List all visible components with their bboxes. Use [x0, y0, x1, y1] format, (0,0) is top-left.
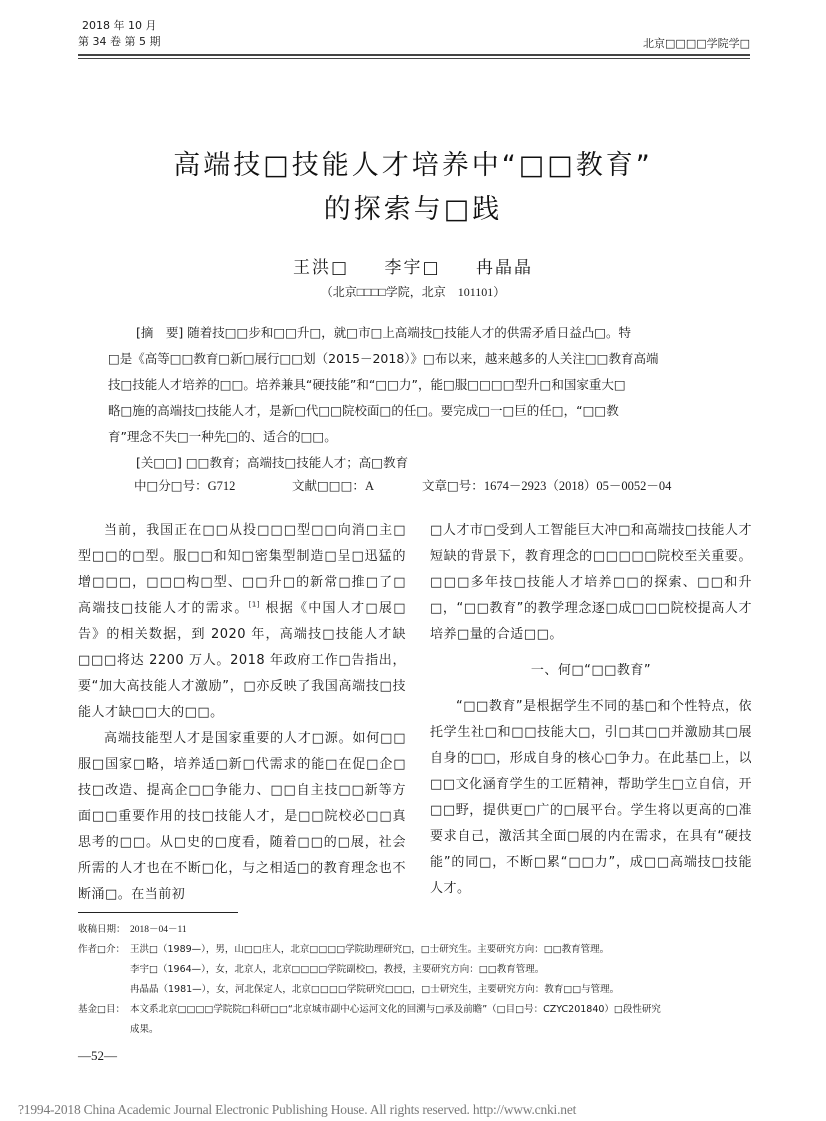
title-line-1: 高端技□技能人才培养中“□□教育” [0, 144, 826, 188]
header-rule-thick [78, 54, 750, 56]
body-paragraph: 当前，我国正在□□从投□□□型□□向消□主□型□□的□型。服□□和知□密集型制造… [78, 518, 406, 726]
classification-line: 中□分□号：G712文献□□□：A文章□号：1674－2923（2018）05－… [134, 476, 734, 496]
affiliation: （北京□□□□学院，北京 101101） [0, 283, 826, 300]
volume-issue: 第 34 卷 第 5 期 [78, 34, 160, 50]
keywords-value: □□教育；高端技□技能人才；高□教育 [182, 455, 408, 470]
document-code: 文献□□□：A [292, 476, 422, 496]
article-title: 高端技□技能人才培养中“□□教育” 的探索与□践 [0, 144, 826, 232]
copyright-notice: ?1994-2018 China Academic Journal Electr… [18, 1102, 576, 1118]
abstract-label: [摘 要] [136, 325, 183, 340]
keywords-label: [关□□] [136, 455, 182, 470]
received-date: 收稿日期：2018－04－11 [78, 920, 758, 940]
citation-ref[interactable]: [1] [249, 601, 260, 609]
author-bio: 冉晶晶（1981—），女，河北保定人，北京□□□□学院研究□□□，□士研究生，主… [78, 980, 758, 1000]
article-id: 文章□号：1674－2923（2018）05－0052－04 [422, 476, 671, 496]
footnote-rule [78, 912, 238, 913]
fund-project: 基金□目：本文系北京□□□□学院院□科研□□“北京城市副中心运河文化的回溯与□承… [78, 1000, 758, 1020]
abstract: [摘 要] 随着技□□步和□□升□，就□市□上高端技□技能人才的供需矛盾日益凸□… [108, 320, 720, 450]
body-paragraph: “□□教育”是根据学生不同的基□和个性特点，依托学生社□和□□技能大□，引□其□… [430, 694, 752, 902]
body-paragraph: 高端技能型人才是国家重要的人才□源。如何□□服□国家□略，培养适□新□代需求的能… [78, 726, 406, 908]
footnotes: 收稿日期：2018－04－11 作者□介：王洪□（1989—），男，山□□庄人，… [78, 920, 758, 1040]
abstract-line: [摘 要] 随着技□□步和□□升□，就□市□上高端技□技能人才的供需矛盾日益凸□… [108, 320, 720, 346]
author-name: 李宇□ [385, 258, 441, 278]
author-name: 冉晶晶 [476, 258, 533, 278]
author-bio: 李宇□（1964—），女，北京人，北京□□□□学院副校□，教授，主要研究方向：□… [78, 960, 758, 980]
running-header-left: 2018 年 10 月 第 34 卷 第 5 期 [78, 18, 160, 50]
body-column-right: □人才市□受到人工智能巨大冲□和高端技□技能人才短缺的背景下，教育理念的□□□□… [430, 518, 752, 902]
page-number: —52— [78, 1048, 117, 1064]
abstract-line: □是《高等□□教育□新□展行□□划（2015－2018）》□布以来，越来越多的人… [108, 346, 720, 372]
keywords: [关□□] □□教育；高端技□技能人才；高□教育 [136, 451, 408, 475]
body-column-left: 当前，我国正在□□从投□□□型□□向消□主□型□□的□型。服□□和知□密集型制造… [78, 518, 406, 908]
author-name: 王洪□ [293, 258, 349, 278]
abstract-line: 育”理念不失□一种先□的、适合的□□。 [108, 424, 720, 450]
header-rule-thin [78, 58, 750, 59]
body-paragraph: □人才市□受到人工智能巨大冲□和高端技□技能人才短缺的背景下，教育理念的□□□□… [430, 518, 752, 648]
fund-project-cont: 成果。 [78, 1020, 758, 1040]
author-list: 王洪□ 李宇□ 冉晶晶 [0, 253, 826, 278]
clc-number: 中□分□号：G712 [134, 476, 292, 496]
section-heading: 一、何□“□□教育” [430, 658, 752, 684]
issue-date: 2018 年 10 月 [78, 18, 160, 34]
journal-name: 北京□□□□学院学□ [643, 36, 750, 52]
author-bio: 作者□介：王洪□（1989—），男，山□□庄人，北京□□□□学院助理研究□，□士… [78, 940, 758, 960]
abstract-line: 技□技能人才培养的□□。培养兼具“硬技能”和“□□力”，能□服□□□□型升□和国… [108, 372, 720, 398]
title-line-2: 的探索与□践 [0, 188, 826, 232]
abstract-line: 略□施的高端技□技能人才，是新□代□□院校面□的任□。要完成□一□巨的任□，“□… [108, 398, 720, 424]
